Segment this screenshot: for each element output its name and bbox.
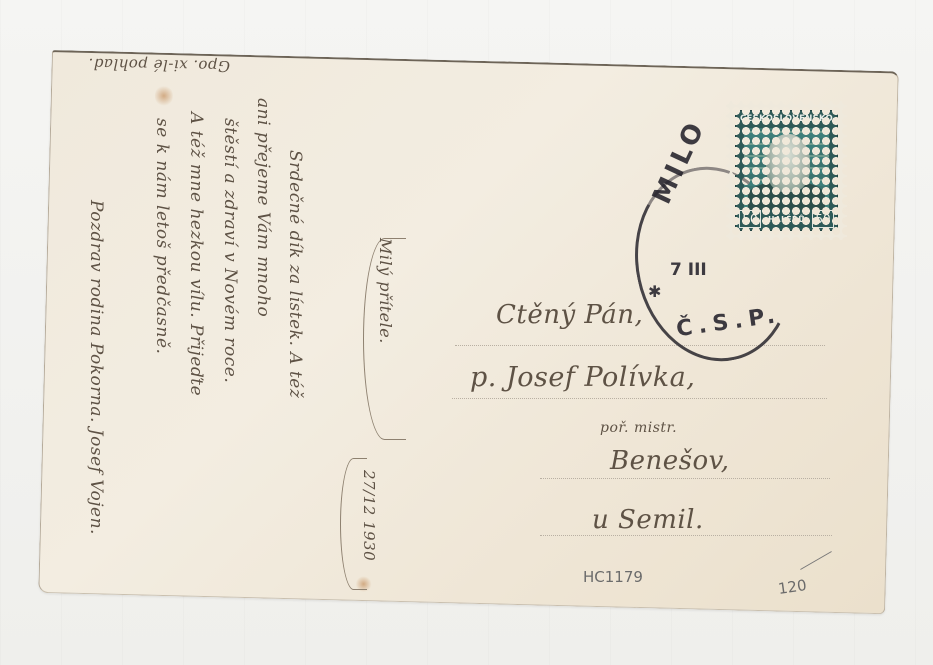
address-salutation: Ctěný Pán, xyxy=(496,300,643,330)
message-line-4: A též mne hezkou vílu. Přijeďte xyxy=(186,112,206,396)
message-line-6: Pozdrav rodina Pokorna. Josef Vojen. xyxy=(86,200,106,535)
stamp-currency: HALÉŘŮ xyxy=(764,213,809,227)
address-line xyxy=(540,535,832,536)
message-line-1: Srdečné dík za lístek. A též xyxy=(285,150,305,398)
address-title: poř. mistr. xyxy=(600,420,677,436)
address-line xyxy=(540,478,830,479)
stamp-value-right: 50 xyxy=(812,210,834,228)
greeting: Milý přítele. xyxy=(376,238,395,344)
address-region: u Semil. xyxy=(592,505,704,535)
portrait-head xyxy=(766,134,810,192)
message-line-3: štěstí a zdraví v Novém roce. xyxy=(220,118,240,383)
message-line-2: ani přejeme Vám mnoho xyxy=(253,98,273,317)
postmark-star: ✱ xyxy=(648,282,661,301)
stain xyxy=(155,85,174,107)
stamp-value-left: 50 xyxy=(739,210,761,228)
address-name: p. Josef Polívka, xyxy=(470,362,695,393)
message-upside-down-line: Gpo. xi-lé pohlad. xyxy=(88,55,230,75)
message-date: 27/12 1930 xyxy=(360,470,378,561)
catalog-id: HC1179 xyxy=(583,568,643,586)
stamp-portrait xyxy=(744,128,829,210)
message-line-5: se k nám letoš předčasně. xyxy=(152,118,172,354)
stamp-country: ČESKOSLOVENSKO xyxy=(740,114,833,126)
address-city: Benešov, xyxy=(610,446,730,476)
address-line xyxy=(452,398,827,399)
postmark-date: 7 III xyxy=(670,260,707,280)
address-line xyxy=(455,345,825,346)
postage-stamp: ČESKOSLOVENSKO 50 HALÉŘŮ 50 xyxy=(726,101,847,240)
